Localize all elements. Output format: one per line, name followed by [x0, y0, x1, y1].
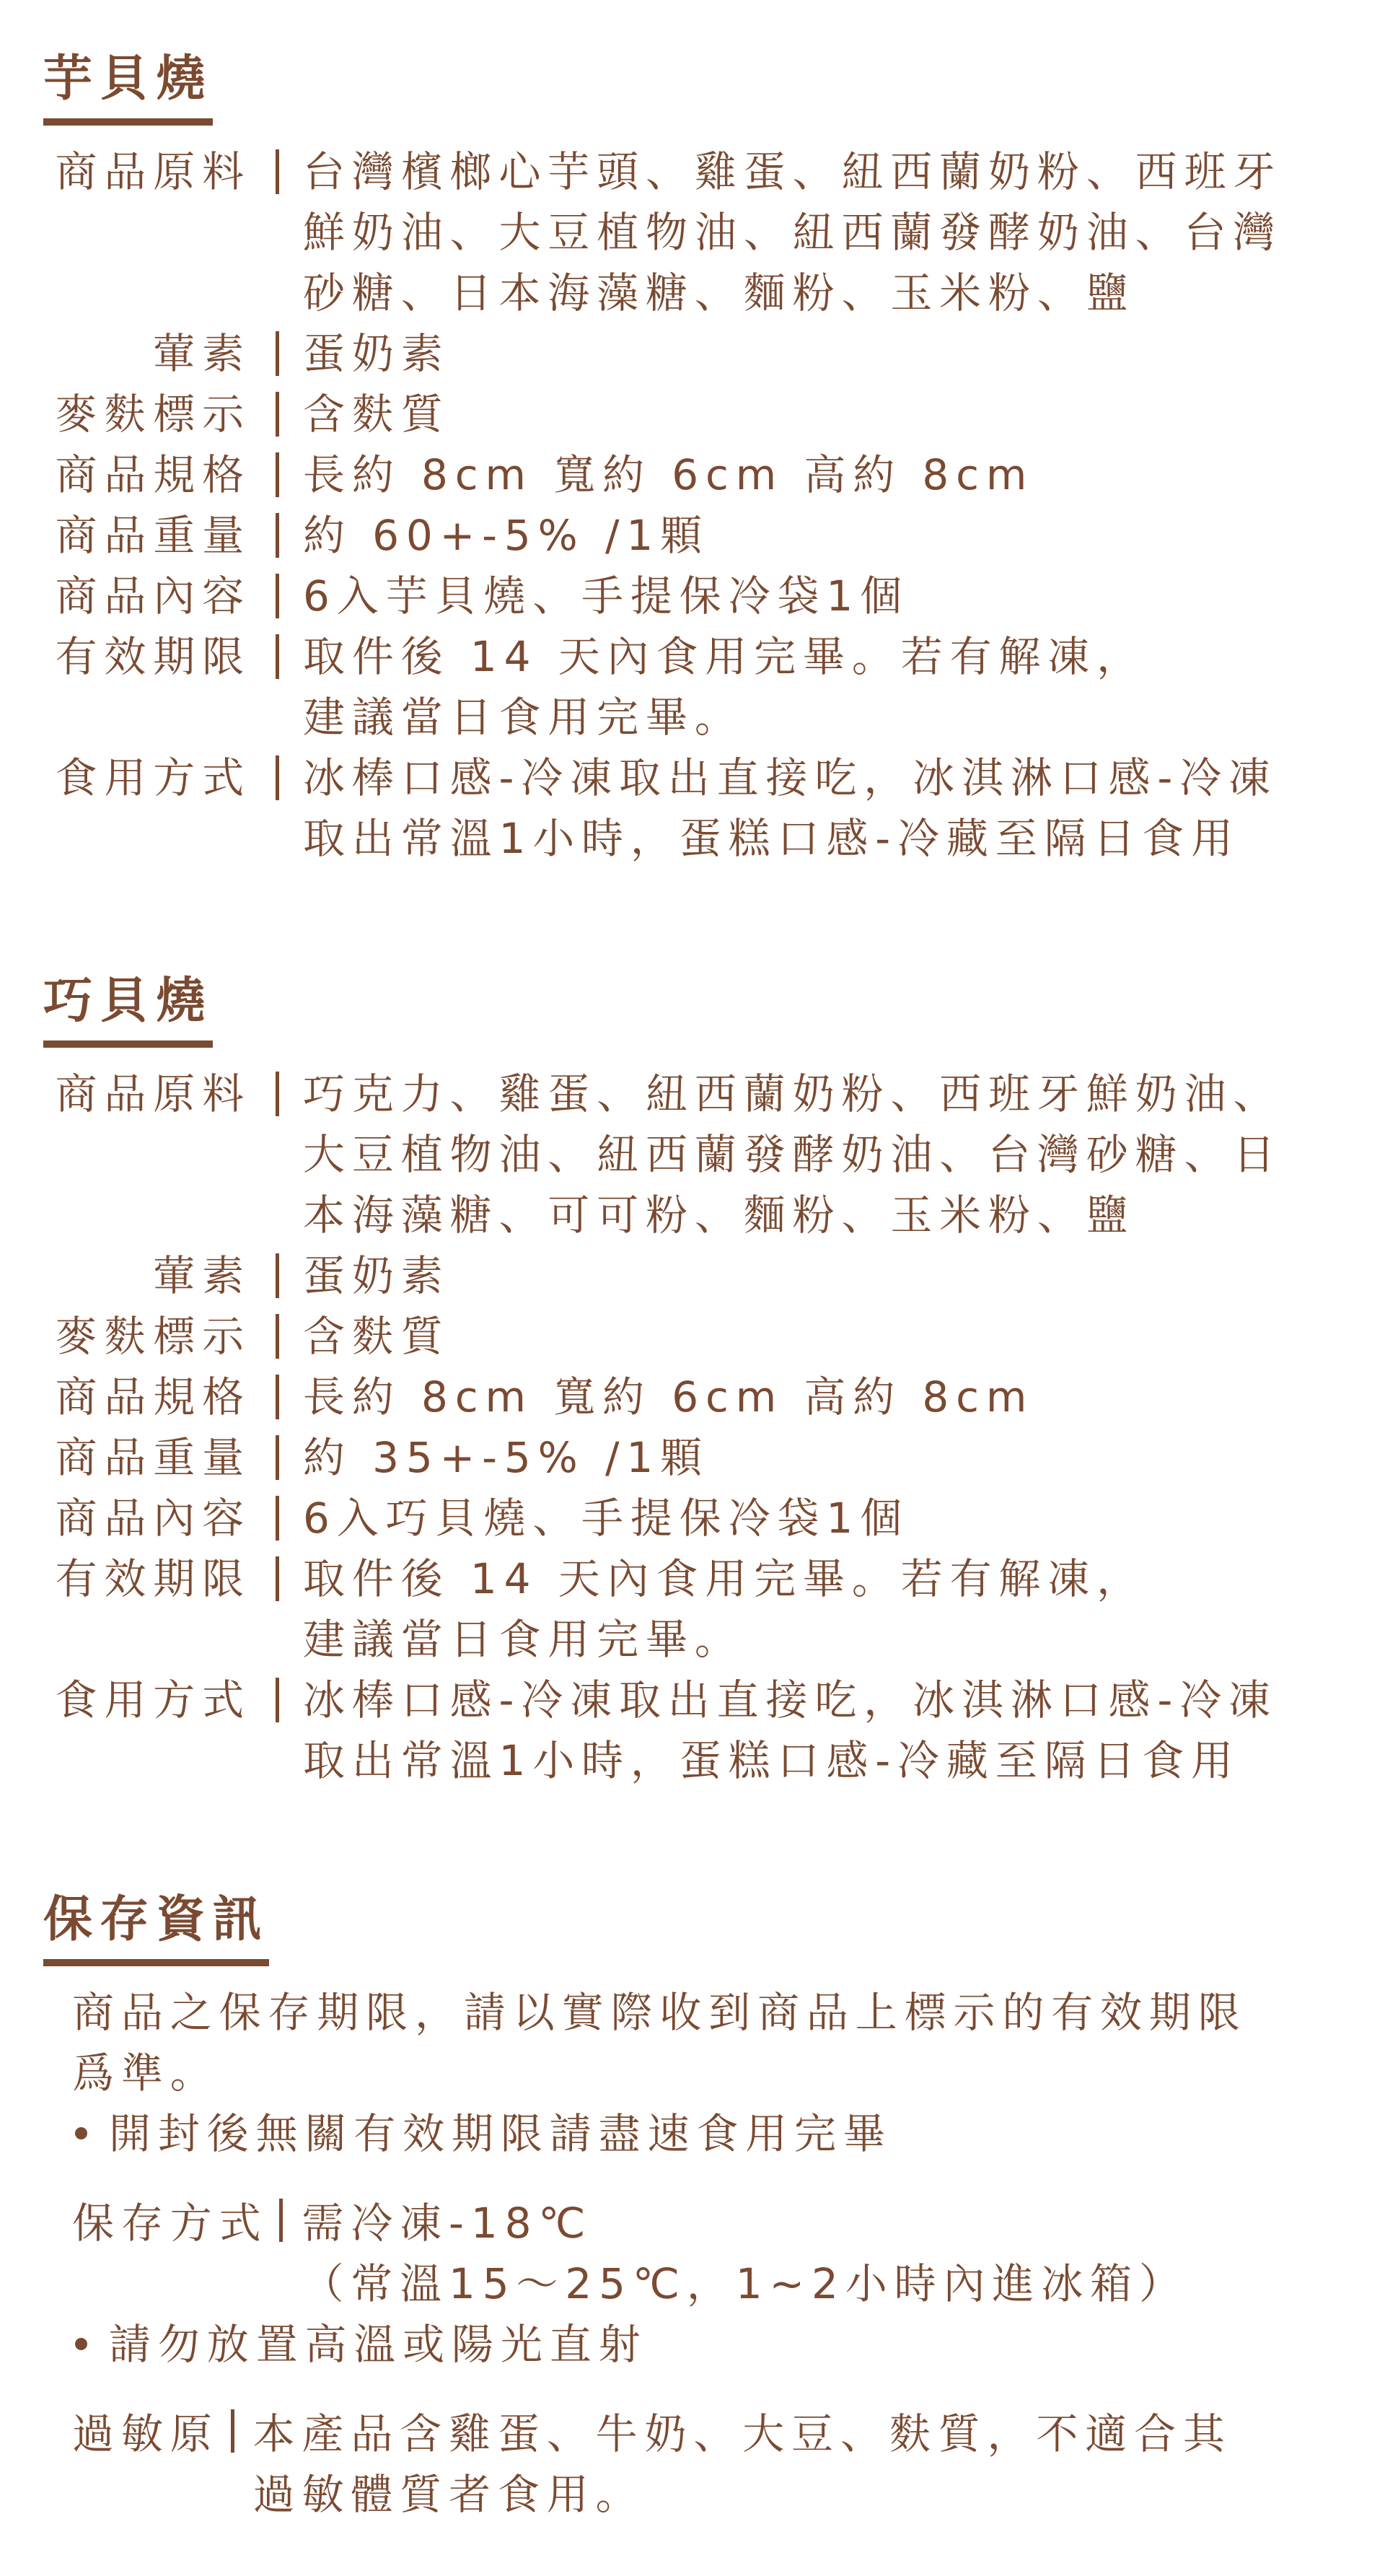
pipe-divider-bar — [276, 1314, 279, 1359]
product-info-page: 芋貝燒 商品原料台灣檳榔心芋頭、雞蛋、紐西蘭奶粉、西班牙鮮奶油、大豆植物油、紐西… — [0, 0, 1385, 2576]
row-label: 麥麩標示 — [43, 1306, 251, 1367]
pipe-divider-bar — [276, 1678, 279, 1722]
spec-row: 商品內容6入芋貝燒、手提保冷袋1個 — [43, 566, 1356, 626]
pipe-divider-bar — [276, 149, 279, 194]
row-label: 食用方式 — [43, 748, 251, 808]
spec-row: 商品規格長約 8cm 寬約 6cm 高約 8cm — [43, 1367, 1356, 1427]
row-value-line: 6入巧貝燒、手提保冷袋1個 — [303, 1488, 1356, 1548]
section-title-choco: 巧貝燒 — [43, 977, 213, 1048]
row-value: 巧克力、雞蛋、紐西蘭奶粉、西班牙鮮奶油、大豆植物油、紐西蘭發酵奶油、台灣砂糖、日… — [303, 1064, 1356, 1245]
spec-rows-taro: 商品原料台灣檳榔心芋頭、雞蛋、紐西蘭奶粉、西班牙鮮奶油、大豆植物油、紐西蘭發酵奶… — [43, 141, 1356, 869]
note-paragraph: 商品之保存期限，請以實際收到商品上標示的有效期限爲準。 — [72, 1982, 1356, 2103]
pipe-divider-bar — [276, 1253, 279, 1298]
pipe-divider-bar — [276, 755, 279, 800]
pipe-divider — [251, 141, 303, 202]
note-row-value-line: 本產品含雞蛋、牛奶、大豆、麩質，不適合其 — [253, 2404, 1356, 2464]
row-label: 麥麩標示 — [43, 384, 251, 444]
row-value: 約 60+-5% /1顆 — [303, 505, 1356, 566]
pipe-divider — [251, 1670, 303, 1730]
pipe-divider — [251, 444, 303, 505]
note-row: 保存方式需冷凍-18℃（常溫15～25℃，1~2小時內進冰箱） — [72, 2193, 1356, 2314]
row-value-line: 砂糖、日本海藻糖、麵粉、玉米粉、鹽 — [303, 263, 1356, 323]
note-row-value-line: 需冷凍-18℃ — [302, 2193, 1356, 2253]
row-value-line: 冰棒口感-冷凍取出直接吃，冰淇淋口感-冷凍 — [303, 748, 1356, 808]
pipe-divider-bar — [276, 1375, 279, 1419]
section-storage-info: 保存資訊 商品之保存期限，請以實際收到商品上標示的有效期限爲準。開封後無關有效期… — [43, 1896, 1356, 2525]
row-value-line: 巧克力、雞蛋、紐西蘭奶粉、西班牙鮮奶油、 — [303, 1064, 1356, 1124]
note-bullet: 開封後無關有效期限請盡速食用完畢 — [75, 2103, 1356, 2164]
note-row-value: 需冷凍-18℃（常溫15～25℃，1~2小時內進冰箱） — [302, 2193, 1356, 2314]
pipe-divider-bar — [276, 574, 279, 618]
row-value: 長約 8cm 寬約 6cm 高約 8cm — [303, 1367, 1356, 1427]
row-value: 取件後 14 天內食用完畢。若有解凍，建議當日食用完畢。 — [303, 626, 1356, 748]
row-value-line: 建議當日食用完畢。 — [303, 687, 1356, 748]
note-row-label: 過敏原 — [72, 2409, 219, 2458]
spec-row: 商品重量約 60+-5% /1顆 — [43, 505, 1356, 566]
row-label: 葷素 — [43, 1245, 251, 1306]
spec-row: 商品內容6入巧貝燒、手提保冷袋1個 — [43, 1488, 1356, 1548]
spec-row: 有效期限取件後 14 天內食用完畢。若有解凍，建議當日食用完畢。 — [43, 626, 1356, 748]
pipe-divider-bar — [276, 513, 279, 558]
row-value-line: 蛋奶素 — [303, 323, 1356, 384]
row-label: 商品規格 — [43, 1367, 251, 1427]
spec-row: 商品規格長約 8cm 寬約 6cm 高約 8cm — [43, 444, 1356, 505]
pipe-divider — [251, 1064, 303, 1124]
spec-row: 商品原料巧克力、雞蛋、紐西蘭奶粉、西班牙鮮奶油、大豆植物油、紐西蘭發酵奶油、台灣… — [43, 1064, 1356, 1245]
pipe-divider — [251, 1488, 303, 1548]
note-bullet: 請勿放置高溫或陽光直射 — [75, 2314, 1356, 2375]
row-label: 商品重量 — [43, 1427, 251, 1488]
row-value-line: 鮮奶油、大豆植物油、紐西蘭發酵奶油、台灣 — [303, 202, 1356, 263]
note-row-value-line: （常溫15～25℃，1~2小時內進冰箱） — [302, 2253, 1356, 2314]
section-choco-shell-cake: 巧貝燒 商品原料巧克力、雞蛋、紐西蘭奶粉、西班牙鮮奶油、大豆植物油、紐西蘭發酵奶… — [43, 977, 1356, 1791]
row-value: 含麩質 — [303, 384, 1356, 444]
pipe-divider — [251, 626, 303, 687]
note-row-value-line: 過敏體質者食用。 — [253, 2464, 1356, 2525]
row-value: 含麩質 — [303, 1306, 1356, 1367]
spec-row: 葷素蛋奶素 — [43, 323, 1356, 384]
row-value-line: 取件後 14 天內食用完畢。若有解凍， — [303, 1548, 1356, 1609]
pipe-divider — [251, 1427, 303, 1488]
row-value-line: 約 60+-5% /1顆 — [303, 505, 1356, 566]
row-label: 商品原料 — [43, 1064, 251, 1124]
note-paragraph-line: 商品之保存期限，請以實際收到商品上標示的有效期限 — [72, 1982, 1356, 2043]
pipe-divider-bar — [279, 2199, 283, 2242]
spec-row: 麥麩標示含麩質 — [43, 1306, 1356, 1367]
row-value-line: 本海藻糖、可可粉、麵粉、玉米粉、鹽 — [303, 1185, 1356, 1245]
row-value: 冰棒口感-冷凍取出直接吃，冰淇淋口感-冷凍取出常溫1小時，蛋糕口感-冷藏至隔日食… — [303, 1670, 1356, 1791]
pipe-divider-bar — [276, 634, 279, 679]
row-value: 6入芋貝燒、手提保冷袋1個 — [303, 566, 1356, 626]
spec-row: 葷素蛋奶素 — [43, 1245, 1356, 1306]
section-title-taro: 芋貝燒 — [43, 55, 213, 126]
bullet-dot-icon — [75, 2338, 87, 2350]
row-label: 有效期限 — [43, 1548, 251, 1609]
section-title-storage: 保存資訊 — [43, 1896, 269, 1966]
row-value: 冰棒口感-冷凍取出直接吃，冰淇淋口感-冷凍取出常溫1小時，蛋糕口感-冷藏至隔日食… — [303, 748, 1356, 869]
row-value-line: 長約 8cm 寬約 6cm 高約 8cm — [303, 1367, 1356, 1427]
row-value: 台灣檳榔心芋頭、雞蛋、紐西蘭奶粉、西班牙鮮奶油、大豆植物油、紐西蘭發酵奶油、台灣… — [303, 141, 1356, 323]
spec-row: 有效期限取件後 14 天內食用完畢。若有解凍，建議當日食用完畢。 — [43, 1548, 1356, 1670]
row-label: 商品原料 — [43, 141, 251, 202]
row-value-line: 大豆植物油、紐西蘭發酵奶油、台灣砂糖、日 — [303, 1124, 1356, 1185]
spec-row: 商品重量約 35+-5% /1顆 — [43, 1427, 1356, 1488]
pipe-divider-bar — [231, 2409, 234, 2453]
note-row: 過敏原本產品含雞蛋、牛奶、大豆、麩質，不適合其過敏體質者食用。 — [72, 2404, 1356, 2525]
note-paragraph-line: 爲準。 — [72, 2043, 1356, 2103]
pipe-divider-bar — [276, 1435, 279, 1480]
row-label: 商品內容 — [43, 566, 251, 626]
row-value-line: 長約 8cm 寬約 6cm 高約 8cm — [303, 444, 1356, 505]
row-value-line: 台灣檳榔心芋頭、雞蛋、紐西蘭奶粉、西班牙 — [303, 141, 1356, 202]
spec-row: 食用方式冰棒口感-冷凍取出直接吃，冰淇淋口感-冷凍取出常溫1小時，蛋糕口感-冷藏… — [43, 748, 1356, 869]
row-label: 商品重量 — [43, 505, 251, 566]
row-value: 蛋奶素 — [303, 323, 1356, 384]
pipe-divider — [251, 748, 303, 808]
note-row-head: 過敏原 — [72, 2404, 253, 2464]
spec-row: 食用方式冰棒口感-冷凍取出直接吃，冰淇淋口感-冷凍取出常溫1小時，蛋糕口感-冷藏… — [43, 1670, 1356, 1791]
spec-rows-choco: 商品原料巧克力、雞蛋、紐西蘭奶粉、西班牙鮮奶油、大豆植物油、紐西蘭發酵奶油、台灣… — [43, 1064, 1356, 1791]
row-value-line: 取件後 14 天內食用完畢。若有解凍， — [303, 626, 1356, 687]
row-value-line: 冰棒口感-冷凍取出直接吃，冰淇淋口感-冷凍 — [303, 1670, 1356, 1730]
row-value-line: 6入芋貝燒、手提保冷袋1個 — [303, 566, 1356, 626]
note-bullet-text: 請勿放置高溫或陽光直射 — [109, 2320, 647, 2369]
pipe-divider-bar — [276, 1072, 279, 1116]
pipe-divider — [251, 1548, 303, 1609]
row-value-line: 約 35+-5% /1顆 — [303, 1427, 1356, 1488]
row-value: 約 35+-5% /1顆 — [303, 1427, 1356, 1488]
pipe-divider — [251, 1245, 303, 1306]
section-taro-shell-cake: 芋貝燒 商品原料台灣檳榔心芋頭、雞蛋、紐西蘭奶粉、西班牙鮮奶油、大豆植物油、紐西… — [43, 55, 1356, 869]
row-label: 商品內容 — [43, 1488, 251, 1548]
row-value-line: 取出常溫1小時，蛋糕口感-冷藏至隔日食用 — [303, 808, 1356, 869]
storage-blocks: 商品之保存期限，請以實際收到商品上標示的有效期限爲準。開封後無關有效期限請盡速食… — [43, 1982, 1356, 2525]
row-value: 長約 8cm 寬約 6cm 高約 8cm — [303, 444, 1356, 505]
row-value: 取件後 14 天內食用完畢。若有解凍，建議當日食用完畢。 — [303, 1548, 1356, 1670]
pipe-divider — [251, 505, 303, 566]
spec-row: 麥麩標示含麩質 — [43, 384, 1356, 444]
pipe-divider-bar — [276, 331, 279, 376]
pipe-divider — [251, 323, 303, 384]
row-value: 蛋奶素 — [303, 1245, 1356, 1306]
row-value-line: 建議當日食用完畢。 — [303, 1609, 1356, 1670]
row-value-line: 取出常溫1小時，蛋糕口感-冷藏至隔日食用 — [303, 1730, 1356, 1791]
row-value: 6入巧貝燒、手提保冷袋1個 — [303, 1488, 1356, 1548]
pipe-divider-bar — [276, 452, 279, 497]
row-label: 食用方式 — [43, 1670, 251, 1730]
pipe-divider-bar — [276, 392, 279, 437]
spec-row: 商品原料台灣檳榔心芋頭、雞蛋、紐西蘭奶粉、西班牙鮮奶油、大豆植物油、紐西蘭發酵奶… — [43, 141, 1356, 323]
note-bullet-text: 開封後無關有效期限請盡速食用完畢 — [109, 2109, 892, 2158]
row-label: 葷素 — [43, 323, 251, 384]
pipe-divider — [251, 1367, 303, 1427]
note-row-value: 本產品含雞蛋、牛奶、大豆、麩質，不適合其過敏體質者食用。 — [253, 2404, 1356, 2525]
note-row-head: 保存方式 — [72, 2193, 302, 2253]
row-value-line: 蛋奶素 — [303, 1245, 1356, 1306]
bullet-dot-icon — [75, 2127, 87, 2139]
pipe-divider — [251, 1306, 303, 1367]
row-value-line: 含麩質 — [303, 1306, 1356, 1367]
pipe-divider-bar — [276, 1556, 279, 1601]
note-row-label: 保存方式 — [72, 2199, 268, 2248]
pipe-divider-bar — [276, 1496, 279, 1541]
row-label: 商品規格 — [43, 444, 251, 505]
pipe-divider — [251, 566, 303, 626]
pipe-divider — [251, 384, 303, 444]
row-value-line: 含麩質 — [303, 384, 1356, 444]
row-label: 有效期限 — [43, 626, 251, 687]
